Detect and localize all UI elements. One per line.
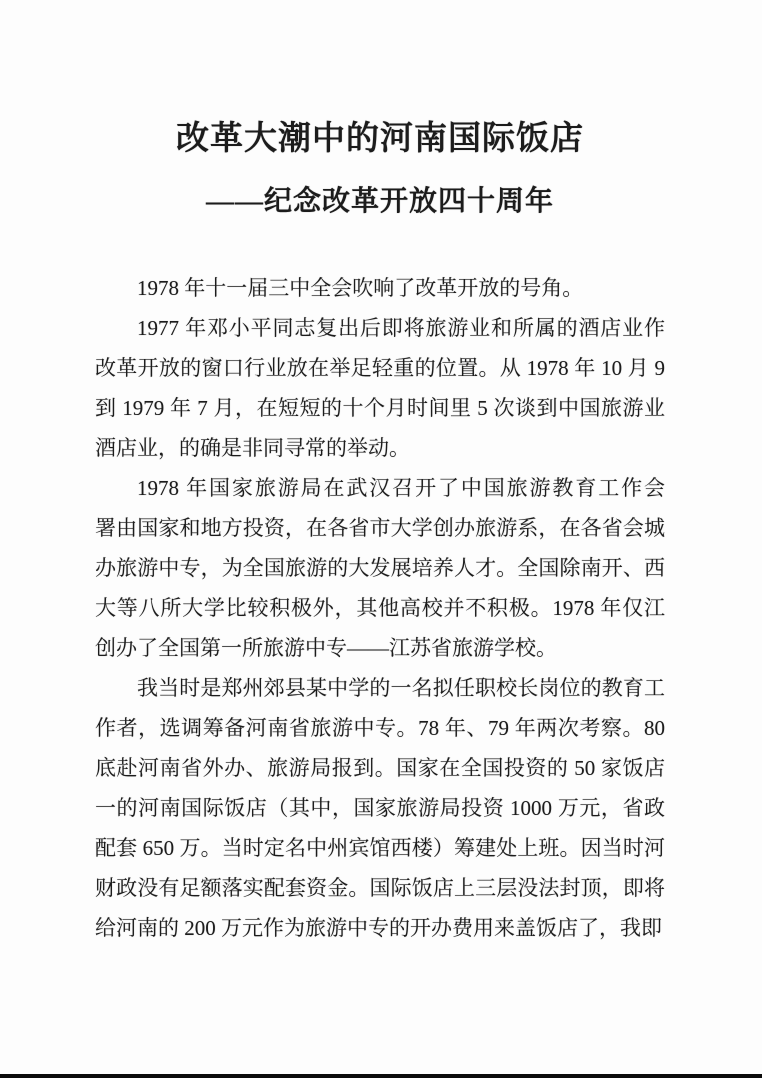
text-line: 1977 年邓小平同志复出后即将旅游业和所属的酒店业作为 (95, 308, 665, 348)
document-body: 1978 年十一届三中全会吹响了改革开放的号角。1977 年邓小平同志复出后即将… (95, 268, 665, 948)
text-line: 创办了全国第一所旅游中专——江苏省旅游学校。 (95, 628, 665, 668)
text-line: 办旅游中专，为全国旅游的大发展培养人才。全国除南开、西北 (95, 548, 665, 588)
text-line: 署由国家和地方投资，在各省市大学创办旅游系，在各省会城市 (95, 508, 665, 548)
text-line: 改革开放的窗口行业放在举足轻重的位置。从 1978 年 10 月 9 日 (95, 348, 665, 388)
text-line: 配套 650 万。当时定名中州宾馆西楼）筹建处上班。因当时河南 (95, 828, 665, 868)
text-line: 1978 年国家旅游局在武汉召开了中国旅游教育工作会议，布 (95, 468, 665, 508)
text-line: 大等八所大学比较积极外，其他高校并不积极。1978 年仅江苏省 (95, 588, 665, 628)
text-line: 我当时是郑州郊县某中学的一名拟任职校长岗位的教育工 (95, 668, 665, 708)
document-title: 改革大潮中的河南国际饭店 (95, 112, 665, 159)
text-line: 给河南的 200 万元作为旅游中专的开办费用来盖饭店了，我即留 (95, 908, 665, 948)
text-line: 财政没有足额落实配套资金。国际饭店上三层没法封顶，即将拨 (95, 868, 665, 908)
document-page: 改革大潮中的河南国际饭店 ——纪念改革开放四十周年 1978 年十一届三中全会吹… (0, 0, 762, 1078)
text-line: 1978 年十一届三中全会吹响了改革开放的号角。 (95, 268, 665, 308)
text-line: 底赴河南省外办、旅游局报到。国家在全国投资的 50 家饭店之 (95, 748, 665, 788)
text-line: 作者，选调筹备河南省旅游中专。78 年、79 年两次考察。80 年 (95, 708, 665, 748)
text-line: 到 1979 年 7 月，在短短的十个月时间里 5 次谈到中国旅游业和 (95, 388, 665, 428)
text-line: 一的河南国际饭店（其中，国家旅游局投资 1000 万元，省政府 (95, 788, 665, 828)
text-line: 酒店业，的确是非同寻常的举动。 (95, 428, 665, 468)
page-bottom-edge (0, 1074, 762, 1078)
document-subtitle: ——纪念改革开放四十周年 (95, 179, 665, 219)
